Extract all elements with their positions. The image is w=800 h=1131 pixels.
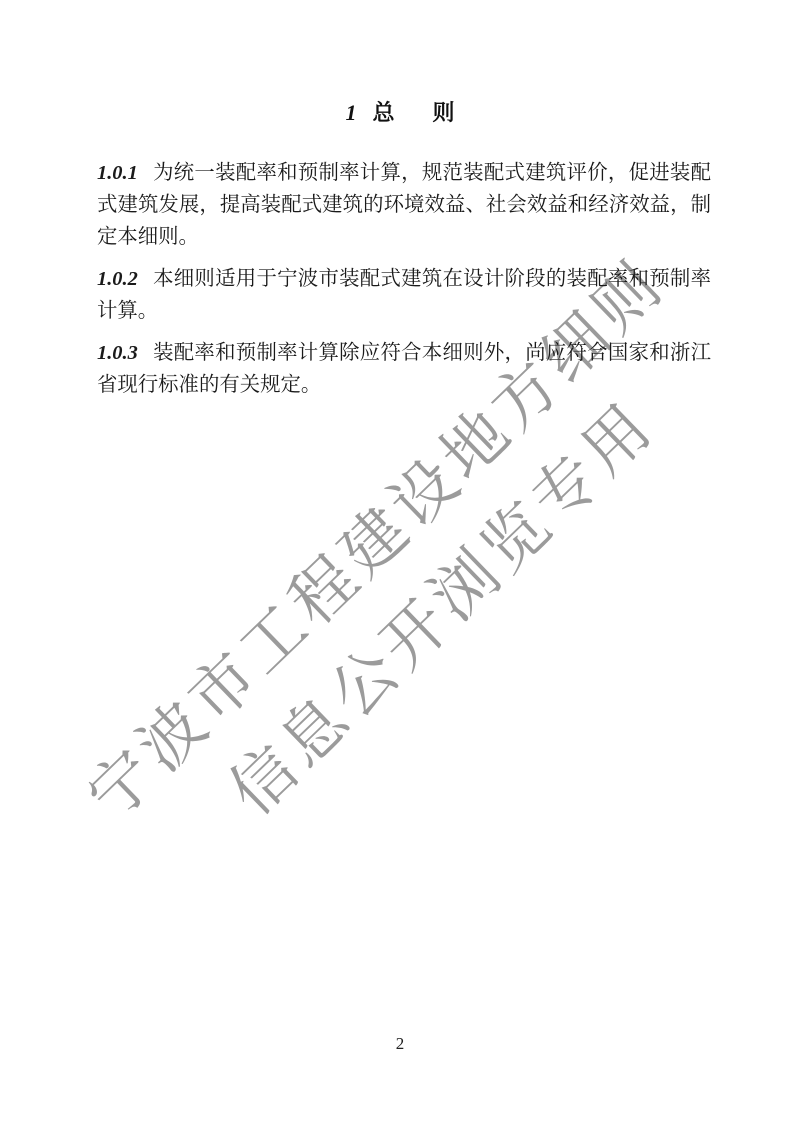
page-content: 1总 则 1.0.1为统一装配率和预制率计算，规范装配式建筑评价，促进装配式建筑… [97,0,711,411]
clause-paragraph: 1.0.2本细则适用于宁波市装配式建筑在设计阶段的装配率和预制率计算。 [97,263,711,327]
clause-text: 装配率和预制率计算除应符合本细则外，尚应符合国家和浙江省现行标准的有关规定。 [97,342,711,396]
chapter-title: 1总 则 [97,96,711,127]
clause-paragraph: 1.0.3装配率和预制率计算除应符合本细则外，尚应符合国家和浙江省现行标准的有关… [97,337,711,401]
clause-text: 本细则适用于宁波市装配式建筑在设计阶段的装配率和预制率计算。 [97,268,711,322]
chapter-number: 1 [345,100,356,125]
chapter-title-text: 总 则 [372,100,462,125]
clause-text: 为统一装配率和预制率计算，规范装配式建筑评价，促进装配式建筑发展，提高装配式建筑… [97,162,711,248]
clause-number: 1.0.3 [97,342,138,364]
page-number: 2 [0,1034,800,1054]
clause-paragraph: 1.0.1为统一装配率和预制率计算，规范装配式建筑评价，促进装配式建筑发展，提高… [97,157,711,253]
clause-number: 1.0.1 [97,162,138,184]
document-page: 宁波市工程建设地方细则 信息公开浏览专用 1总 则 1.0.1为统一装配率和预制… [0,0,800,1131]
clause-number: 1.0.2 [97,268,138,290]
